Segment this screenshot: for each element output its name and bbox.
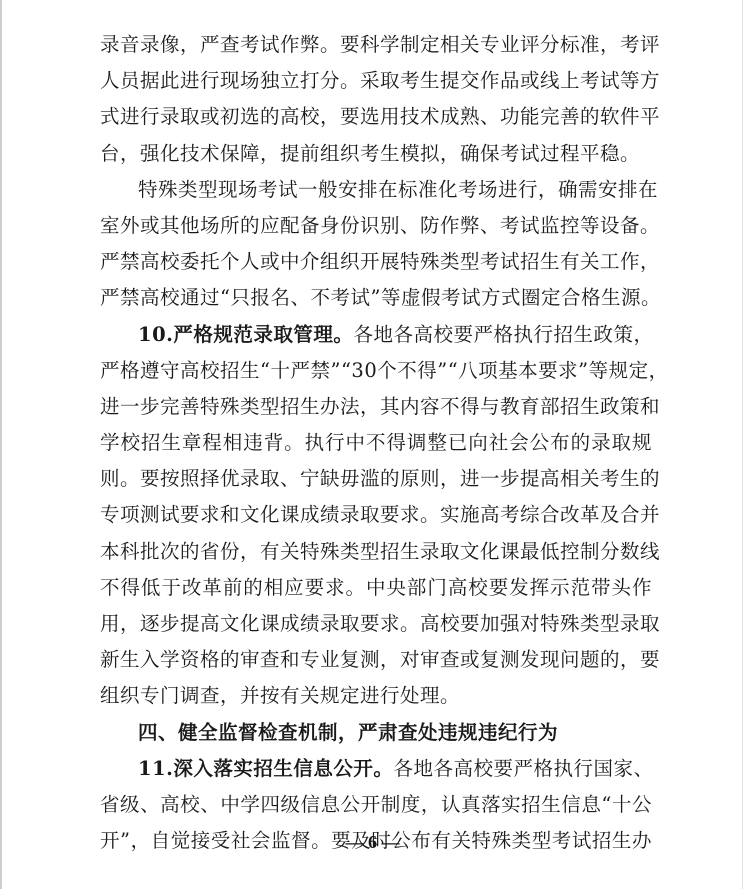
- text-line: 严禁高校通过“只报名、不考试”等虚假考试方式圈定合格生源。: [100, 280, 652, 316]
- text-line: 严禁高校委托个人或中介组织开展特殊类型考试招生有关工作，: [100, 244, 652, 280]
- item-10-title: 10.严格规范录取管理。: [138, 323, 353, 346]
- paragraph-onsite-exam: 特殊类型现场考试一般安排在标准化考场进行，确需安排在 室外或其他场所的应配备身份…: [100, 172, 652, 317]
- document-page: 录音录像，严查考试作弊。要科学制定相关专业评分标准，考评 人员据此进行现场独立打…: [100, 27, 652, 859]
- item-10-admission-management: 10.严格规范录取管理。各地各高校要严格执行招生政策， 严格遵守高校招生“十严禁…: [100, 317, 652, 715]
- text-line: 则。要按照择优录取、宁缺毋滥的原则，进一步提高相关考生的: [100, 461, 652, 497]
- text-line: 省级、高校、中学四级信息公开制度，认真落实招生信息“十公: [100, 787, 652, 823]
- paragraph-continuation: 录音录像，严查考试作弊。要科学制定相关专业评分标准，考评 人员据此进行现场独立打…: [100, 27, 652, 172]
- text-line: 用，逐步提高文化课成绩录取要求。高校要加强对特殊类型录取: [100, 606, 652, 642]
- text-line: 室外或其他场所的应配备身份识别、防作弊、考试监控等设备。: [100, 208, 652, 244]
- text-line: 严格遵守高校招生“十严禁”“30个不得”“八项基本要求”等规定，: [100, 353, 652, 389]
- text-line: 本科批次的省份，有关特殊类型招生录取文化课最低控制分数线: [100, 534, 652, 570]
- text-line: 式进行录取或初选的高校，要选用技术成熟、功能完善的软件平: [100, 99, 652, 135]
- text-line: 进一步完善特殊类型招生办法，其内容不得与教育部招生政策和: [100, 389, 652, 425]
- item-11-first-line: 11.深入落实招生信息公开。各地各高校要严格执行国家、: [100, 751, 652, 787]
- item-10-text: 各地各高校要严格执行招生政策，: [353, 323, 653, 346]
- text-line: 专项测试要求和文化课成绩录取要求。实施高考综合改革及合并: [100, 497, 652, 533]
- item-11-text: 各地各高校要严格执行国家、: [393, 757, 653, 780]
- text-line: 特殊类型现场考试一般安排在标准化考场进行，确需安排在: [100, 172, 652, 208]
- text-line: 不得低于改革前的相应要求。中央部门高校要发挥示范带头作: [100, 570, 652, 606]
- item-10-first-line: 10.严格规范录取管理。各地各高校要严格执行招生政策，: [100, 317, 652, 353]
- text-line: 新生入学资格的审查和专业复测，对审查或复测发现问题的，要: [100, 642, 652, 678]
- text-line: 组织专门调查，并按有关规定进行处理。: [100, 678, 652, 714]
- page-number: — 6 —: [0, 832, 745, 853]
- text-line: 人员据此进行现场独立打分。采取考生提交作品或线上考试等方: [100, 63, 652, 99]
- text-line: 学校招生章程相违背。执行中不得调整已向社会公布的录取规: [100, 425, 652, 461]
- page-edge-left: [0, 0, 2, 889]
- item-11-title: 11.深入落实招生信息公开。: [138, 757, 393, 780]
- text-line: 台，强化技术保障，提前组织考生模拟，确保考试过程平稳。: [100, 136, 652, 172]
- section-4-heading: 四、健全监督检查机制，严肃查处违规违纪行为: [100, 715, 652, 751]
- page-edge-right: [742, 0, 743, 889]
- text-line: 录音录像，严查考试作弊。要科学制定相关专业评分标准，考评: [100, 27, 652, 63]
